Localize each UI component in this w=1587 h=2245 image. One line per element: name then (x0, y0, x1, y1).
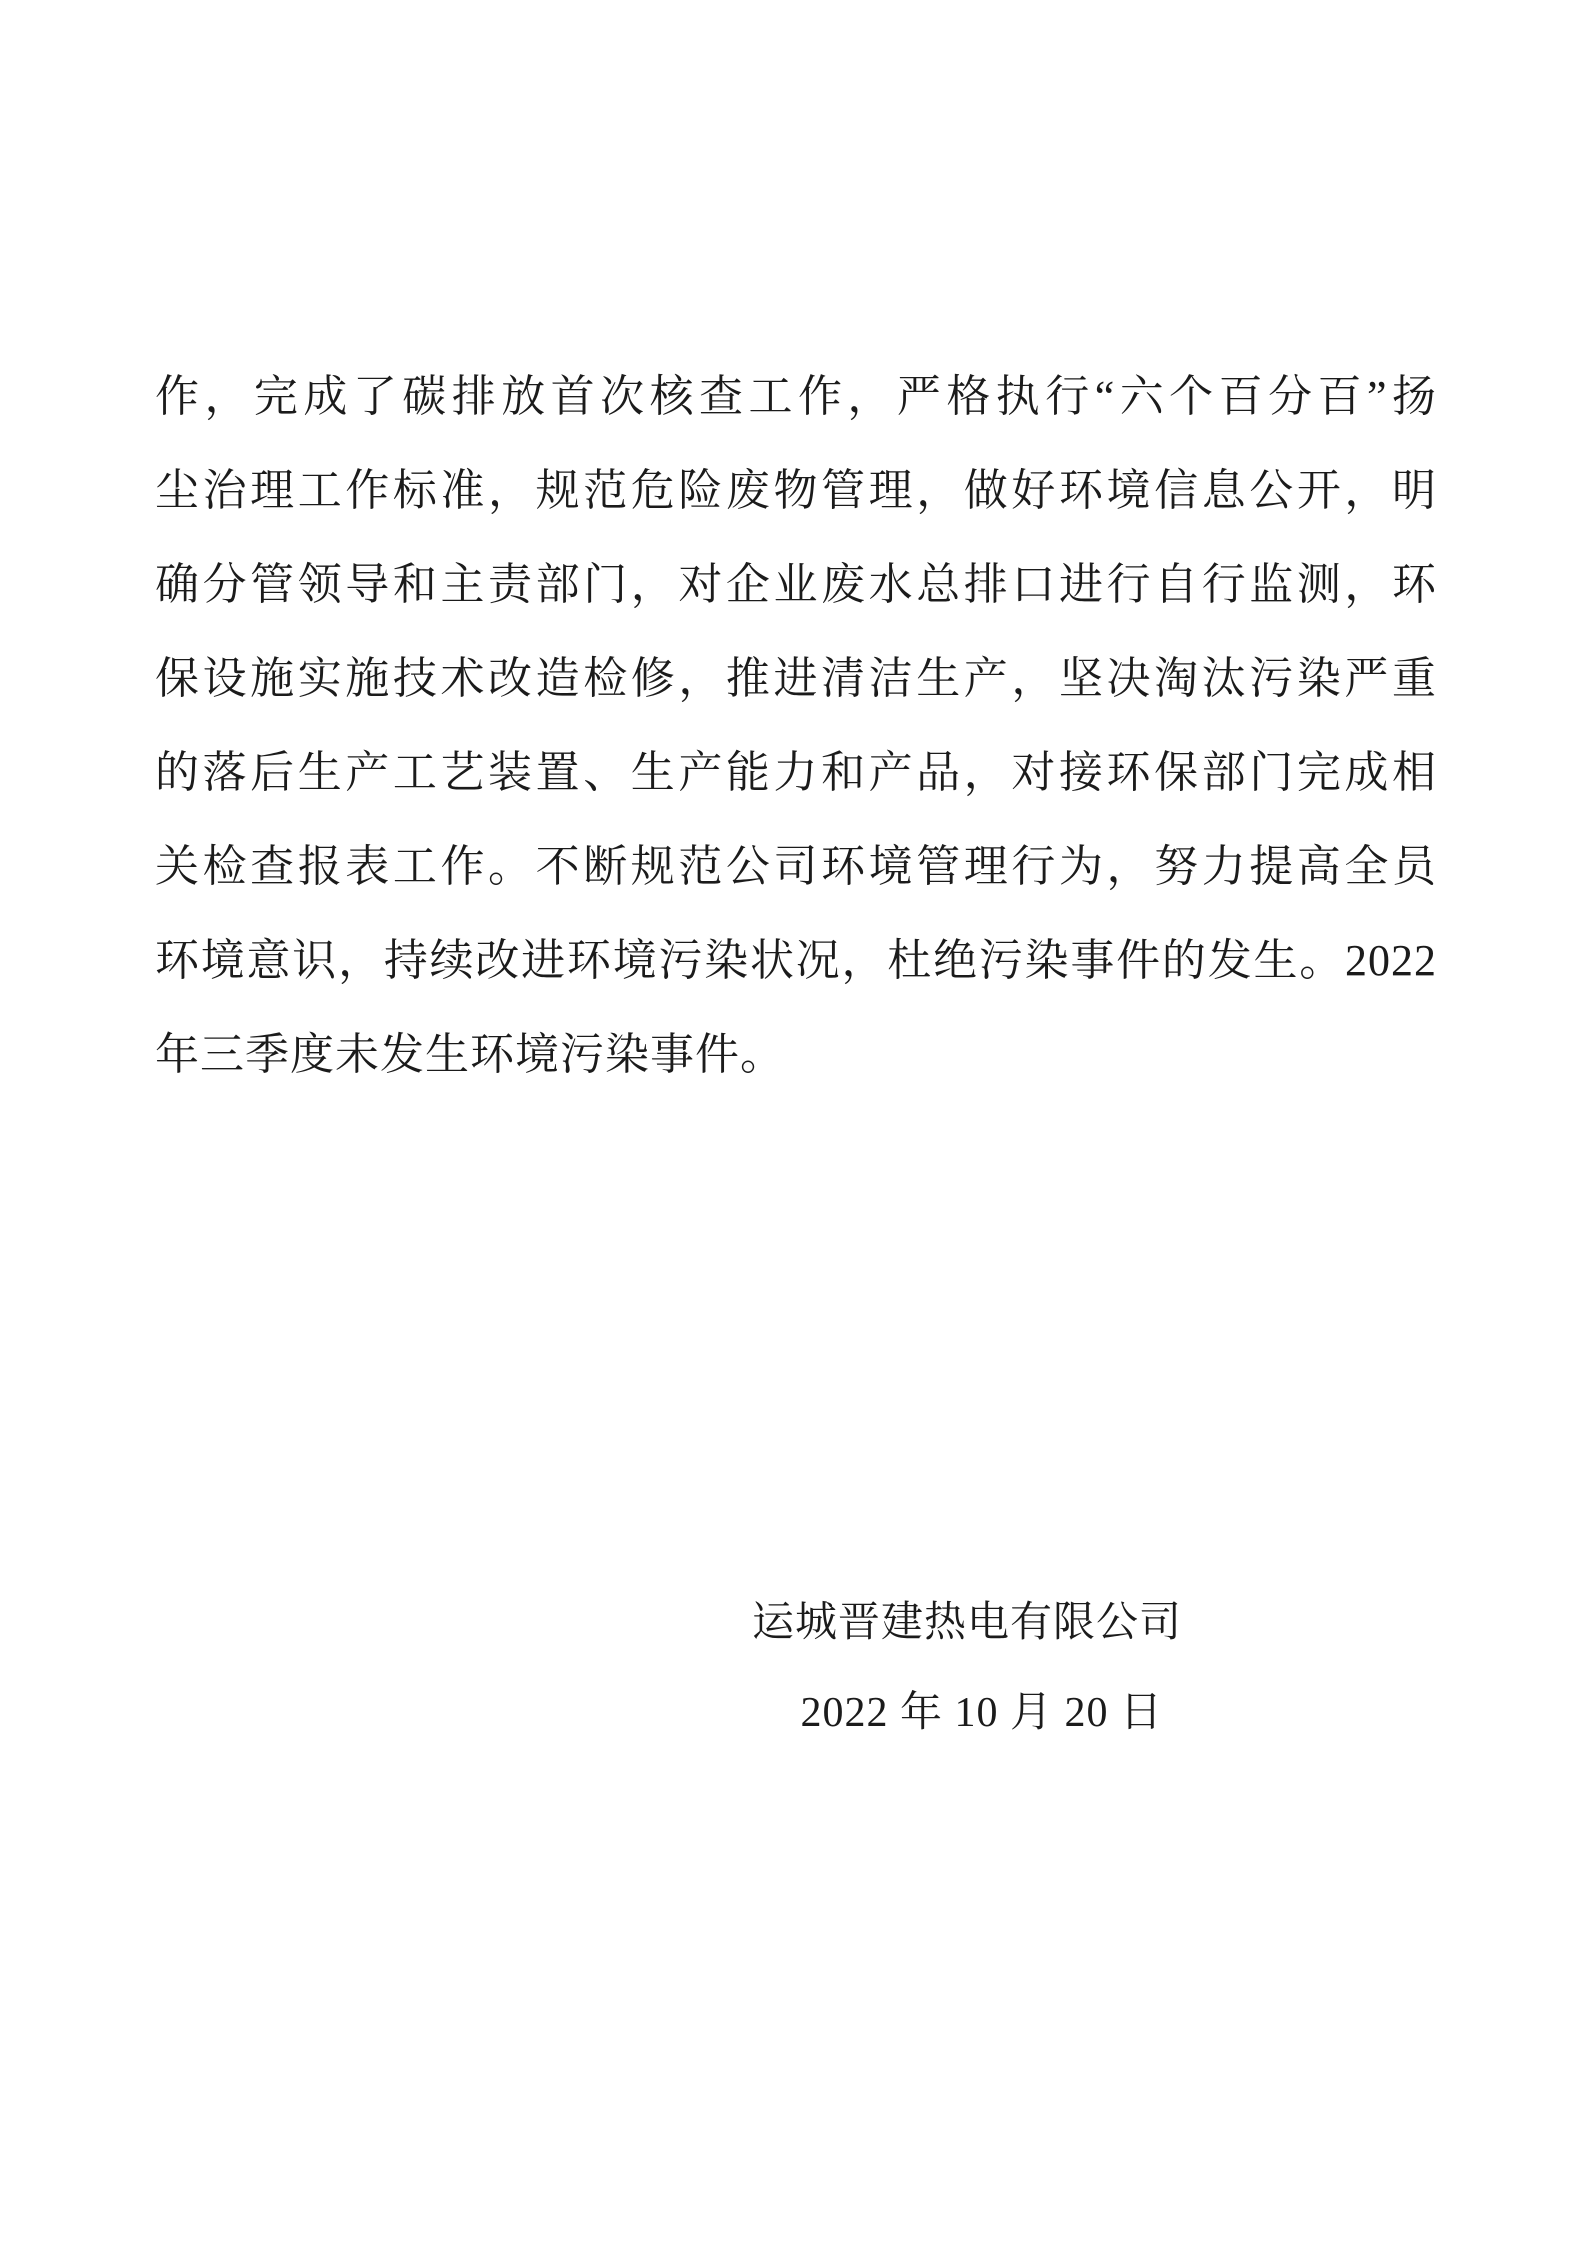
paragraph-line-3: 确分管领导和主责部门，对企业废水总排口进行自行监测，环 (155, 538, 1437, 632)
document-page: 作，完成了碳排放首次核查工作，严格执行“六个百分百”扬 尘治理工作标准，规范危险… (0, 0, 1587, 2245)
paragraph-line-6: 关检查报表工作。不断规范公司环境管理行为，努力提高全员 (155, 820, 1437, 914)
paragraph-line-8: 年三季度未发生环境污染事件。 (155, 1008, 1437, 1102)
paragraph-line-5: 的落后生产工艺装置、生产能力和产品，对接环保部门完成相 (155, 726, 1437, 820)
paragraph-line-2: 尘治理工作标准，规范危险废物管理，做好环境信息公开，明 (155, 444, 1437, 538)
paragraph-line-1: 作，完成了碳排放首次核查工作，严格执行“六个百分百”扬 (155, 350, 1437, 444)
report-paragraph: 作，完成了碳排放首次核查工作，严格执行“六个百分百”扬 尘治理工作标准，规范危险… (155, 350, 1437, 1102)
paragraph-line-7: 环境意识，持续改进环境污染状况，杜绝污染事件的发生。2022 (155, 914, 1437, 1008)
signature-date: 2022 年 10 月 20 日 (800, 1683, 1163, 1743)
signature-company-name: 运城晋建热电有限公司 (752, 1593, 1182, 1653)
paragraph-line-4: 保设施实施技术改造检修，推进清洁生产，坚决淘汰污染严重 (155, 632, 1437, 726)
